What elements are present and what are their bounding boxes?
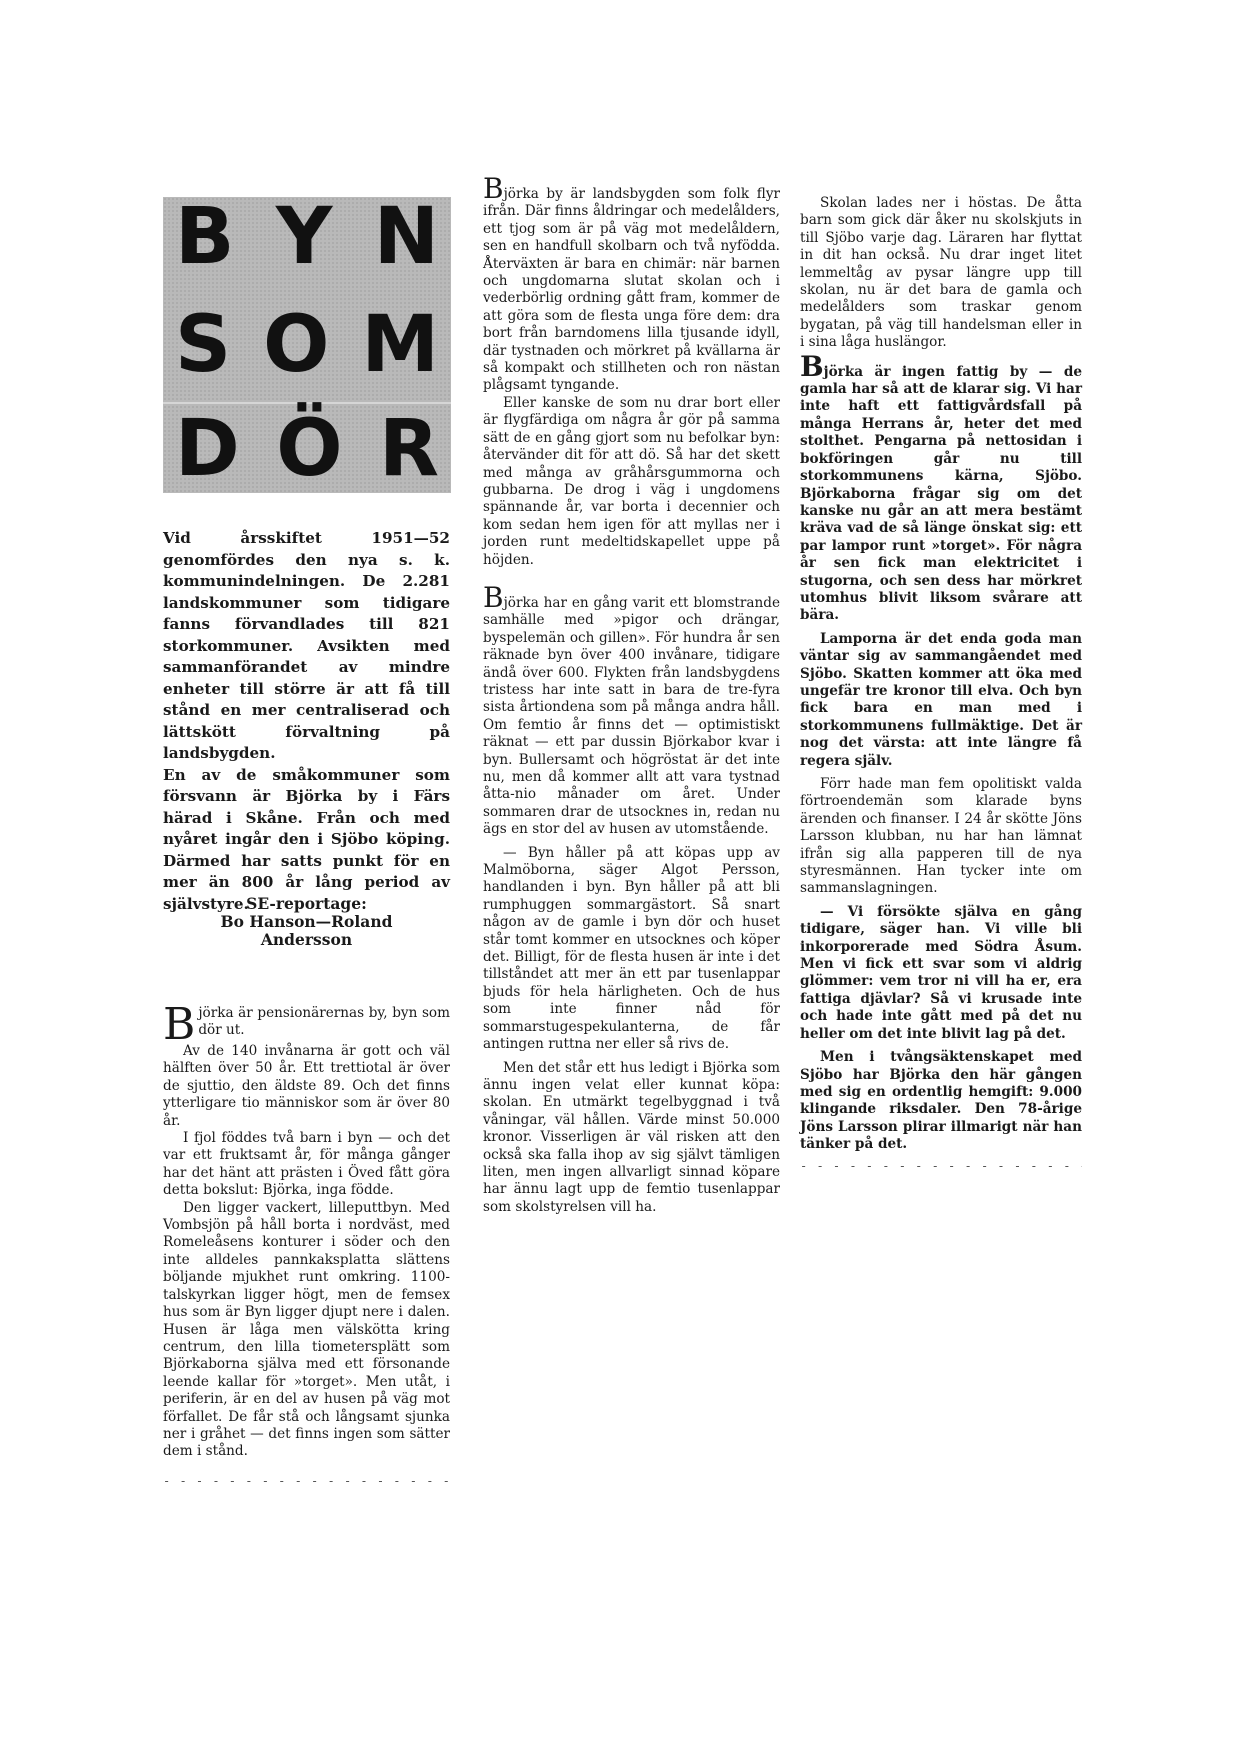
initial-letter: B bbox=[483, 172, 504, 205]
headline-letter: M bbox=[361, 305, 439, 385]
article-column-2: Björka by är landsbygden som folk flyr i… bbox=[483, 180, 780, 1216]
lead-paragraph: Vid årsskiftet 1951—52 genomfördes den n… bbox=[163, 528, 450, 915]
body-paragraph: Björka är ingen fattig by — de gamla har… bbox=[800, 358, 1082, 625]
headline-letter: B bbox=[175, 197, 234, 277]
body-paragraph: Skolan lades ner i höstas. De åtta barn … bbox=[800, 195, 1082, 352]
body-paragraph: Eller kanske de som nu drar bort eller ä… bbox=[483, 395, 780, 569]
byline-label: SE-reportage: bbox=[163, 895, 450, 913]
body-paragraph: — Byn håller på att köpas upp av Malmöbo… bbox=[483, 845, 780, 1054]
headline-row-2: S O M bbox=[163, 305, 451, 385]
body-paragraph: Av de 140 invånarna är gott och väl hälf… bbox=[163, 1043, 450, 1130]
byline-authors: Bo Hanson—Roland bbox=[163, 913, 450, 931]
body-paragraph: Björka by är landsbygden som folk flyr i… bbox=[483, 180, 780, 395]
paragraph-text: jörka har en gång varit ett blomstrande … bbox=[483, 595, 780, 837]
body-paragraph: Men i tvångsäktenskapet med Sjöbo har Bj… bbox=[800, 1049, 1082, 1153]
body-paragraph: Björka är pensionärernas by, byn som dör… bbox=[163, 1005, 450, 1040]
paragraph-text: jörka är ingen fattig by — de gamla har … bbox=[800, 364, 1082, 624]
initial-letter: B bbox=[483, 581, 504, 614]
headline-row-1: B Y N bbox=[163, 197, 451, 277]
drop-cap: B bbox=[163, 1007, 195, 1043]
body-paragraph: Förr hade man fem opolitiskt valda förtr… bbox=[800, 776, 1082, 898]
lead-text: En av de småkommuner som försvann är Bjö… bbox=[163, 765, 450, 916]
headline-letter: O bbox=[263, 305, 329, 385]
body-paragraph: I fjol föddes två barn i byn — och det v… bbox=[163, 1130, 450, 1200]
body-paragraph: Den ligger vackert, lilleputtbyn. Med Vo… bbox=[163, 1200, 450, 1461]
headline-letter: N bbox=[374, 197, 439, 277]
body-paragraph: Men det står ett hus ledigt i Björka som… bbox=[483, 1060, 780, 1217]
byline: SE-reportage: Bo Hanson—Roland Andersson bbox=[163, 895, 450, 949]
article-column-3: Skolan lades ner i höstas. De åtta barn … bbox=[800, 195, 1082, 1175]
lead-text: Vid årsskiftet 1951—52 genomfördes den n… bbox=[163, 528, 450, 765]
headline-letter: Ö bbox=[276, 409, 342, 489]
body-paragraph: Lamporna är det enda goda man väntar sig… bbox=[800, 631, 1082, 770]
byline-authors: Andersson bbox=[163, 931, 450, 949]
column-end-rule: - - - - - - - - - - - - - - - - - - - - … bbox=[800, 1158, 1082, 1175]
article-column-1: Björka är pensionärernas by, byn som dör… bbox=[163, 1005, 450, 1490]
column-end-rule: - - - - - - - - - - - - - - - - - - - - … bbox=[163, 1473, 450, 1490]
headline-letter: D bbox=[175, 409, 240, 489]
headline-block: B Y N S O M D Ö R bbox=[163, 197, 451, 493]
body-paragraph: — Vi försökte själva en gång tidigare, s… bbox=[800, 904, 1082, 1043]
paragraph-text: jörka är pensionärernas by, byn som dör … bbox=[198, 1005, 450, 1038]
headline-row-3: D Ö R bbox=[163, 409, 451, 489]
headline-letter: R bbox=[379, 409, 439, 489]
paragraph-text: jörka by är landsbygden som folk flyr if… bbox=[483, 186, 780, 393]
body-paragraph: Björka har en gång varit ett blomstrande… bbox=[483, 589, 780, 839]
headline-letter: Y bbox=[276, 197, 332, 277]
headline-letter: S bbox=[175, 305, 231, 385]
initial-letter: B bbox=[800, 350, 824, 383]
